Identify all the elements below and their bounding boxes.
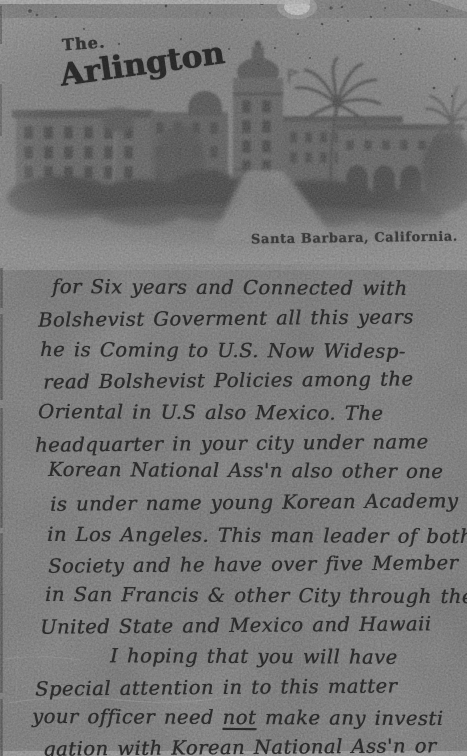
letter-line-1: for Six years and Connected with	[52, 275, 408, 300]
letter-line-12: United State and Mexico and Hawaii	[40, 612, 432, 638]
letter-line-5: Oriental in U.S also Mexico. The	[38, 400, 383, 425]
letter-line-13: I hoping that you will have	[110, 644, 398, 669]
letter-line-15-underlined-word: not	[223, 706, 257, 729]
scanned-letter-page: The. Arlington Santa Barbara, California…	[0, 0, 467, 756]
letter-line-10: Society and he have over five Member	[48, 551, 459, 578]
letter-line-3: he is Coming to U.S. Now Widesp-	[40, 338, 406, 363]
letter-line-9: in Los Angeles. This man leader of both	[47, 523, 467, 548]
letter-line-2: Bolshevist Goverment all this years	[38, 305, 414, 331]
letter-line-15-pre: your officer need	[32, 705, 223, 729]
letter-line-15-post: make any investi	[256, 706, 443, 730]
letter-line-11: in San Francis & other City through the	[45, 583, 467, 608]
letter-line-7: Korean National Ass'n also other one	[48, 458, 443, 483]
letter-line-6: headquarter in your city under name	[35, 430, 429, 456]
letter-line-16: gation with Korean National Ass'n or	[43, 734, 437, 756]
letter-line-15: your officer need not make any investi	[32, 705, 444, 730]
letter-line-4: read Bolshevist Policies among the	[43, 367, 414, 393]
letter-text-layer: The. Arlington Santa Barbara, California…	[0, 0, 467, 756]
letterhead-location: Santa Barbara, California.	[251, 230, 458, 248]
letter-line-8: is under name young Korean Academy	[50, 489, 458, 516]
letter-line-14: Special attention in to this matter	[35, 674, 398, 700]
